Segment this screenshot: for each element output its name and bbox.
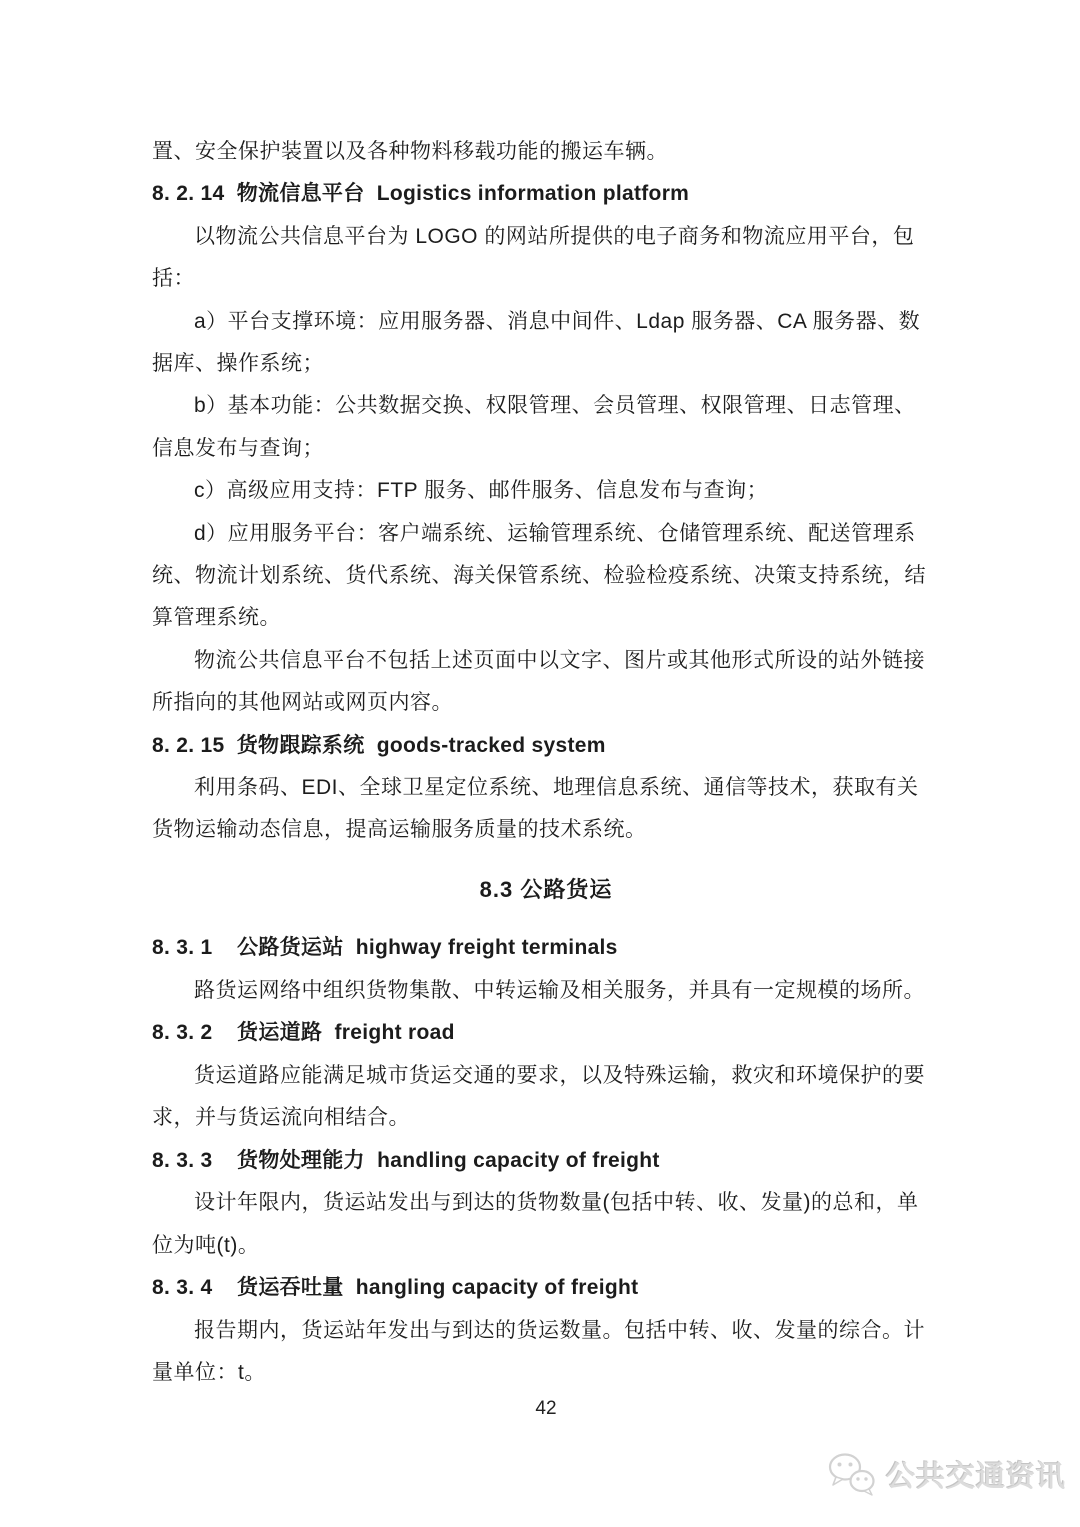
text-line: 报告期内，货运站年发出与到达的货运数量。包括中转、收、发量的综合。计 [194,1317,925,1345]
section-heading-8-3: 8.3 公路货运 [152,876,940,904]
text-line: 设计年限内，货运站发出与到达的货物数量(包括中转、收、发量)的总和，单 [194,1189,918,1217]
text-line: 统、物流计划系统、货代系统、海关保管系统、检验检疫系统、决策支持系统，结 [152,562,926,590]
text-line: 求，并与货运流向相结合。 [152,1104,410,1132]
list-item-b: b）基本功能：公共数据交换、权限管理、会员管理、权限管理、日志管理、 [194,392,916,420]
term-heading-8-3-3: 8. 3. 3 货物处理能力 handling capacity of frei… [152,1147,660,1175]
text-line: 置、安全保护装置以及各种物料移载功能的搬运车辆。 [152,138,668,166]
text-line: 路货运网络中组织货物集散、中转运输及相关服务，并具有一定规模的场所。 [194,977,925,1005]
term-heading-8-3-2: 8. 3. 2 货运道路 freight road [152,1019,455,1047]
text-line: 量单位：t。 [152,1359,266,1387]
text-line: 以物流公共信息平台为 LOGO 的网站所提供的电子商务和物流应用平台，包 [194,223,914,251]
text-line: 货运道路应能满足城市货运交通的要求，以及特殊运输，救灾和环境保护的要 [194,1062,925,1090]
text-line: 括： [152,265,195,293]
wechat-icon [828,1452,876,1496]
text-line: 物流公共信息平台不包括上述页面中以文字、图片或其他形式所设的站外链接 [194,647,925,675]
list-item-d: d）应用服务平台：客户端系统、运输管理系统、仓储管理系统、配送管理系 [194,520,916,548]
text-line: 算管理系统。 [152,604,281,632]
term-heading-8-2-15: 8. 2. 15 货物跟踪系统 goods-tracked system [152,732,606,760]
watermark: 公共交通资讯 [828,1452,1066,1496]
text-line: 利用条码、EDI、全球卫星定位系统、地理信息系统、通信等技术，获取有关 [194,774,919,802]
text-line: 所指向的其他网站或网页内容。 [152,689,453,717]
page-number: 42 [152,1398,940,1420]
list-item-a: a）平台支撑环境：应用服务器、消息中间件、Ldap 服务器、CA 服务器、数 [194,308,920,336]
term-heading-8-3-1: 8. 3. 1 公路货运站 highway freight terminals [152,934,618,962]
text-line: 据库、操作系统； [152,350,324,378]
watermark-label: 公共交通资讯 [886,1454,1066,1495]
text-line: 信息发布与查询； [152,435,324,463]
text-line: 位为吨(t)。 [152,1232,259,1260]
term-heading-8-2-14: 8. 2. 14 物流信息平台 Logistics information pl… [152,180,689,208]
term-heading-8-3-4: 8. 3. 4 货运吞吐量 hangling capacity of freig… [152,1274,638,1302]
text-line: 货物运输动态信息，提高运输服务质量的技术系统。 [152,816,647,844]
list-item-c: c）高级应用支持：FTP 服务、邮件服务、信息发布与查询； [194,477,768,505]
document-page: 置、安全保护装置以及各种物料移载功能的搬运车辆。 8. 2. 14 物流信息平台… [0,0,1080,1527]
